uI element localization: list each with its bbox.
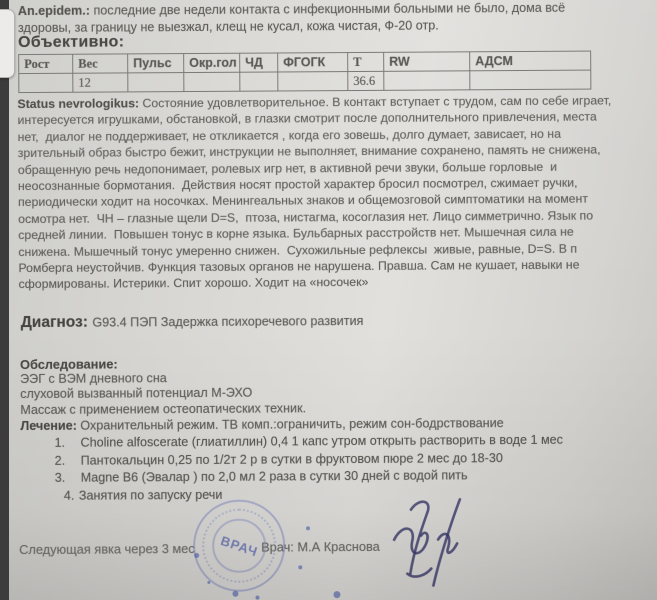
treatment-item-4-number: 4. bbox=[64, 488, 75, 502]
treatment-item-3-text: Magne B6 (Эвалар ) по 2,0 мл 2 раза в су… bbox=[81, 468, 468, 484]
doctor-signature-icon bbox=[381, 493, 470, 594]
an-epidem-label: An.epidem.: bbox=[18, 4, 90, 18]
left-edge-strip bbox=[0, 0, 9, 600]
next-visit-text: Следующая явка через 3 мес bbox=[19, 541, 195, 557]
vitals-value-rw bbox=[384, 71, 470, 91]
treatment-item-3-number: 3. bbox=[55, 471, 66, 485]
status-body-lines: интересуется игрушками, обстановкой, в г… bbox=[18, 109, 655, 293]
vitals-header-okrgol: Окр.гол bbox=[184, 53, 240, 72]
diagnosis-text: G93.4 ПЭП Задержка психоречевого развити… bbox=[92, 314, 363, 330]
doctor-stamp-text: ВРАЧ bbox=[219, 532, 260, 559]
vitals-table: Рост Вес Пульс Окр.гол ЧД ФГОГК Т RW АДС… bbox=[18, 51, 591, 93]
vitals-value-fgogk bbox=[278, 72, 348, 91]
treatment-label: Лечение: bbox=[20, 419, 76, 433]
ink-dot bbox=[194, 553, 199, 558]
treatment-list: 1. Choline alfoscerate (глиатиллин) 0,4 … bbox=[2, 432, 657, 506]
doctor-stamp-inner-circle: ВРАЧ bbox=[212, 519, 266, 573]
treatment-item-1-text: Choline alfoscerate (глиатиллин) 0,4 1 к… bbox=[80, 433, 562, 450]
vitals-header-t: Т bbox=[348, 52, 384, 71]
vitals-header-rw: RW bbox=[384, 52, 470, 72]
vitals-value-chd bbox=[240, 72, 278, 91]
an-epidem-paragraph: An.epidem.: последние две недели контакт… bbox=[18, 0, 650, 37]
vitals-value-okrgol bbox=[184, 72, 240, 91]
ink-dot bbox=[333, 591, 340, 598]
doctor-stamp-icon: ВРАЧ bbox=[193, 499, 286, 592]
objective-heading: Объективно: bbox=[18, 33, 124, 52]
ink-dot bbox=[255, 596, 259, 600]
treatment-line: Лечение: Охранительный режим. ТВ комп.:о… bbox=[20, 416, 503, 433]
document-content: An.epidem.: последние две недели контакт… bbox=[0, 0, 657, 600]
treatment-item-2-number: 2. bbox=[55, 453, 66, 467]
an-epidem-line2: здоровы, за границу не выезжал, клещ не … bbox=[18, 19, 439, 36]
vitals-value-ves: 12 bbox=[73, 73, 128, 92]
vitals-header-chd: ЧД bbox=[240, 53, 278, 72]
diagnosis-line: Диагноз: G93.4 ПЭП Задержка психоречевог… bbox=[21, 312, 364, 332]
vitals-value-row: 12 36.6 bbox=[19, 70, 591, 92]
diagnosis-label: Диагноз: bbox=[21, 314, 88, 331]
status-neurologicus-paragraph: Status nevrologikus: Состояние удовлетво… bbox=[17, 92, 654, 293]
treatment-item-2-text: Пантокальцин 0,25 по 1/2т 2 р в сутки в … bbox=[81, 451, 503, 468]
vitals-value-puls bbox=[128, 73, 184, 92]
examination-heading: Обследование: bbox=[20, 356, 118, 372]
vitals-value-rost bbox=[19, 73, 73, 92]
ink-dot bbox=[298, 565, 302, 569]
vitals-header-rost: Рост bbox=[19, 54, 73, 73]
vitals-value-t: 36.6 bbox=[348, 71, 384, 90]
treatment-item-4: 4. Занятия по запуску речи bbox=[3, 485, 657, 507]
treatment-item-1-number: 1. bbox=[54, 436, 65, 450]
status-label: Status nevrologikus: bbox=[17, 96, 139, 111]
treatment-text: Охранительный режим. ТВ комп.:ограничить… bbox=[77, 416, 504, 433]
an-epidem-line1: последние две недели контакта с инфекцио… bbox=[90, 1, 565, 18]
ink-dot bbox=[232, 591, 238, 597]
vitals-header-ves: Вес bbox=[73, 54, 128, 73]
vitals-header-puls: Пульс bbox=[128, 54, 184, 73]
vitals-value-adsm bbox=[470, 70, 591, 90]
document-paper: An.epidem.: последние две недели контакт… bbox=[0, 0, 657, 600]
vitals-header-adsm: АДСМ bbox=[470, 51, 591, 71]
left-panel-corner[interactable] bbox=[0, 9, 15, 78]
ink-dot bbox=[306, 526, 310, 530]
treatment-item-4-text: Занятия по запуску речи bbox=[79, 487, 223, 502]
scanned-medical-document: An.epidem.: последние две недели контакт… bbox=[0, 0, 657, 600]
status-intro: Состояние удовлетворительное. В контакт … bbox=[139, 93, 611, 110]
vitals-header-fgogk: ФГОГК bbox=[278, 53, 348, 72]
examination-lines: ЭЭГ с ВЭМ дневного сна слуховой вызванны… bbox=[20, 370, 306, 418]
ink-dot bbox=[207, 581, 210, 584]
